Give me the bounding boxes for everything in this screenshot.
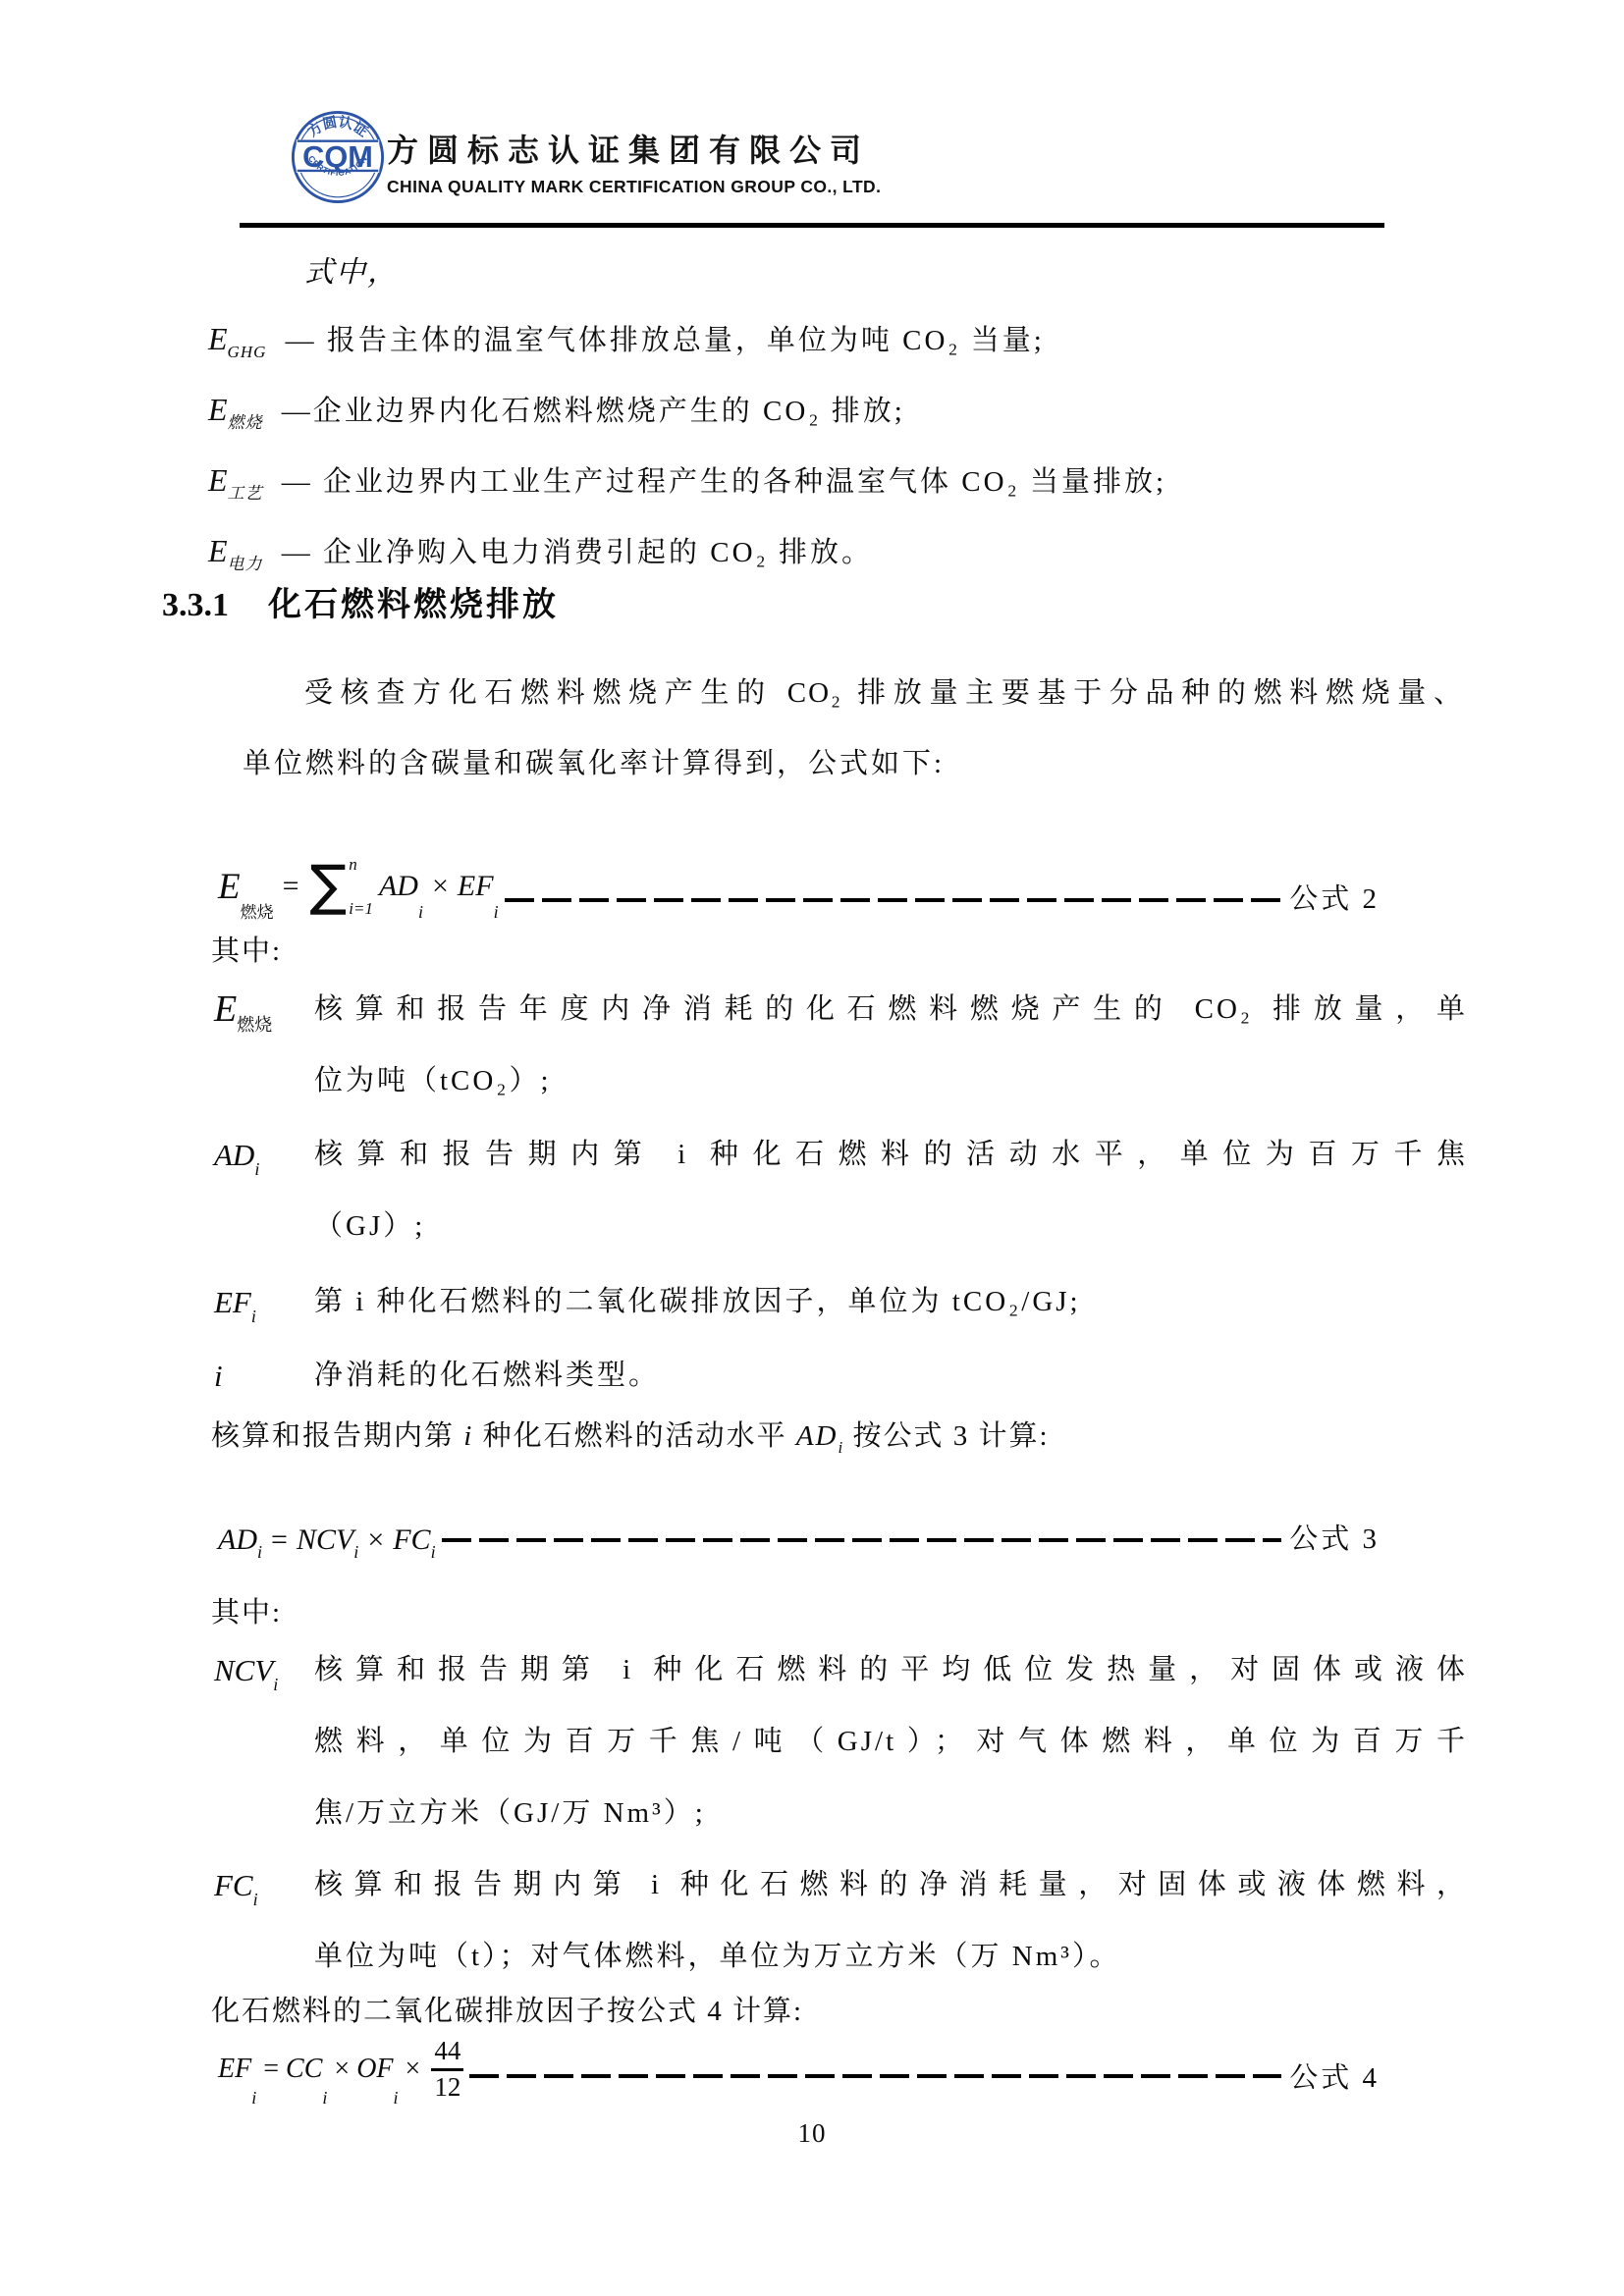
- sum-upper-limit: n: [349, 856, 373, 873]
- definition-text: 核算和报告期内第 i 种化石燃料的净消耗量，对固体或液体燃料，: [314, 1849, 1468, 1921]
- equals-sign: =: [271, 1523, 288, 1557]
- fraction: 44 12: [431, 2036, 463, 2102]
- text: 种化石燃料的活动水平: [473, 1420, 796, 1452]
- summation-icon: ∑ n i=1: [310, 856, 377, 917]
- letterhead: 方圆标志认证集团有限公司 CHINA QUALITY MARK CERTIFIC…: [387, 126, 881, 197]
- symbol: E: [208, 321, 228, 356]
- symbol: E: [208, 533, 228, 568]
- multiply-sign: ×: [406, 2054, 421, 2085]
- symbol-definition-egongyi: E工艺 — 企业边界内工业生产过程产生的各种温室气体 CO₂ 当量排放;: [208, 459, 1166, 504]
- where-label: 其中:: [211, 929, 282, 969]
- symbol: FC: [393, 1523, 430, 1557]
- formula-leader-dashes: [505, 898, 1282, 902]
- symbol-sub: 电力: [228, 555, 263, 573]
- symbol-sub: 工艺: [228, 484, 263, 503]
- definition-text: 核算和报告年度内净消耗的化石燃料燃烧产生的 CO₂ 排放量，单: [314, 974, 1468, 1045]
- paragraph-line: 单位燃料的含碳量和碳氧化率计算得到，公式如下:: [243, 741, 945, 781]
- formula-label: 公式 4: [1289, 2044, 1380, 2096]
- definition-row: FCi 核算和报告期内第 i 种化石燃料的净消耗量，对固体或液体燃料， 单位为吨…: [214, 1849, 1481, 1993]
- cqm-logo-icon: 方圆认证 CQM CERTIFICATION: [291, 110, 385, 204]
- formula-3-lead-in: 核算和报告期内第 i 种化石燃料的活动水平 ADi 按公式 3 计算:: [211, 1414, 1050, 1458]
- formula-4: EFi = CCi × OFi × 44 12 公式 4: [218, 2020, 1380, 2118]
- definition-text: — 企业边界内工业生产过程产生的各种温室气体 CO₂ 当量排放;: [282, 466, 1166, 498]
- definition-text: 燃料，单位为百万千焦/吨（GJ/t）；对气体燃料，单位为百万千: [314, 1706, 1468, 1778]
- text: 核算和报告期内第: [211, 1420, 463, 1452]
- formula-lead-in: 式中，: [304, 247, 399, 291]
- symbol-definition-edianli: E电力 — 企业净购入电力消费引起的 CO₂ 排放。: [208, 530, 873, 574]
- symbol-definition-eranshao: E燃烧 —企业边界内化石燃料燃烧产生的 CO₂ 排放;: [208, 389, 905, 433]
- symbol-sub: i: [431, 1542, 436, 1563]
- symbol-sub: i: [257, 1542, 262, 1563]
- symbol: NCV: [297, 1523, 353, 1557]
- symbol-sub: i: [418, 902, 423, 923]
- symbol: EF: [218, 2054, 251, 2085]
- symbol: AD: [379, 870, 418, 903]
- symbol: E: [218, 866, 241, 908]
- definition-text: — 报告主体的温室气体排放总量，单位为吨 CO₂ 当量;: [286, 325, 1045, 356]
- formula-label: 公式 3: [1289, 1517, 1380, 1557]
- formula-2: E燃烧 = ∑ n i=1 ADi × EFi 公式 2: [218, 827, 1380, 917]
- definition-text: （GJ）;: [314, 1191, 1481, 1262]
- section-title: 化石燃料燃烧排放: [268, 586, 559, 623]
- formula-3: ADi = NCVi × FCi 公式 3: [218, 1484, 1380, 1557]
- symbol-sub: i: [251, 2088, 256, 2109]
- formula-4-expression: EFi = CCi × OFi × 44 12: [218, 2036, 463, 2102]
- definition-text: 第 i 种化石燃料的二氧化碳排放因子，单位为 tCO₂/GJ;: [314, 1266, 1481, 1338]
- symbol-sub: 燃烧: [228, 413, 263, 432]
- definition-text: 核算和报告期第 i 种化石燃料的平均低位发热量，对固体或液体: [314, 1634, 1468, 1706]
- symbol-sub: i: [353, 1542, 358, 1563]
- definition-text: 净消耗的化石燃料类型。: [314, 1340, 1481, 1412]
- multiply-sign: ×: [367, 1523, 384, 1557]
- symbol: NCVi: [214, 1634, 278, 1721]
- definition-text: —企业边界内化石燃料燃烧产生的 CO₂ 排放;: [282, 396, 905, 427]
- symbol-sub: 燃烧: [241, 898, 274, 923]
- where-label: 其中:: [211, 1590, 282, 1630]
- symbol: EF: [458, 870, 494, 903]
- definition-text: 焦/万立方米（GJ/万 Nm³）;: [314, 1778, 1481, 1849]
- formula-3-expression: ADi = NCVi × FCi: [218, 1523, 436, 1557]
- definition-row: EFi 第 i 种化石燃料的二氧化碳排放因子，单位为 tCO₂/GJ;: [214, 1266, 1481, 1338]
- definition-row: ADi 核算和报告期内第 i 种化石燃料的活动水平，单位为百万千焦 （GJ）;: [214, 1119, 1481, 1262]
- text: 按公式 3 计算:: [843, 1420, 1049, 1452]
- definition-row: NCVi 核算和报告期第 i 种化石燃料的平均低位发热量，对固体或液体 燃料，单…: [214, 1634, 1481, 1849]
- page-number: 10: [0, 2118, 1624, 2149]
- symbol: ADi: [214, 1119, 259, 1205]
- definition-text: 位为吨（tCO₂）;: [314, 1045, 1481, 1117]
- symbol: E燃烧: [214, 974, 272, 1061]
- header-divider: [240, 223, 1384, 228]
- symbol: E: [208, 462, 228, 498]
- multiply-sign: ×: [334, 2054, 350, 2085]
- symbol-sub: i: [322, 2088, 327, 2109]
- symbol-definition-eghg: EGHG — 报告主体的温室气体排放总量，单位为吨 CO₂ 当量;: [208, 318, 1045, 362]
- symbol: OF: [356, 2054, 393, 2085]
- company-name-en: CHINA QUALITY MARK CERTIFICATION GROUP C…: [387, 177, 881, 197]
- symbol-sub: i: [394, 2088, 399, 2109]
- symbol-sub: i: [494, 902, 499, 923]
- paragraph-line: 受核查方化石燃料燃烧产生的 CO₂ 排放量主要基于分品种的燃料燃烧量、: [304, 670, 1464, 739]
- symbol-sub: GHG: [228, 343, 267, 361]
- symbol: FCi: [214, 1849, 258, 1936]
- sum-lower-limit: i=1: [349, 900, 373, 917]
- symbol: AD: [796, 1420, 839, 1452]
- symbol: CC: [286, 2054, 322, 2085]
- section-number: 3.3.1: [162, 587, 229, 623]
- equals-sign: =: [263, 2054, 279, 2085]
- formula-2-expression: E燃烧 = ∑ n i=1 ADi × EFi: [218, 856, 499, 917]
- formula-leader-dashes: [442, 1538, 1282, 1542]
- section-heading: 3.3.1化石燃料燃烧排放: [162, 577, 559, 625]
- document-page: 方圆认证 CQM CERTIFICATION 方圆标志认证集团有限公司 CHIN…: [0, 0, 1624, 2296]
- definition-row: E燃烧 核算和报告年度内净消耗的化石燃料燃烧产生的 CO₂ 排放量，单 位为吨（…: [214, 974, 1481, 1117]
- company-name-cn: 方圆标志认证集团有限公司: [387, 126, 881, 171]
- symbol: i: [463, 1420, 473, 1452]
- symbol: AD: [218, 1523, 257, 1557]
- symbol: E: [208, 392, 228, 427]
- multiply-sign: ×: [432, 870, 449, 903]
- formula-leader-dashes: [469, 2074, 1281, 2078]
- definition-row: i 净消耗的化石燃料类型。: [214, 1340, 1481, 1412]
- definition-text: 单位为吨（t）；对气体燃料，单位为万立方米（万 Nm³）。: [314, 1921, 1481, 1993]
- fraction-numerator: 44: [431, 2036, 463, 2070]
- symbol: i: [214, 1340, 223, 1412]
- definition-text: 核算和报告期内第 i 种化石燃料的活动水平，单位为百万千焦: [314, 1119, 1468, 1191]
- equals-sign: =: [283, 870, 299, 903]
- fraction-denominator: 12: [431, 2071, 463, 2103]
- definition-text: — 企业净购入电力消费引起的 CO₂ 排放。: [282, 537, 873, 568]
- formula-label: 公式 2: [1289, 877, 1380, 917]
- sigma: ∑: [310, 862, 348, 911]
